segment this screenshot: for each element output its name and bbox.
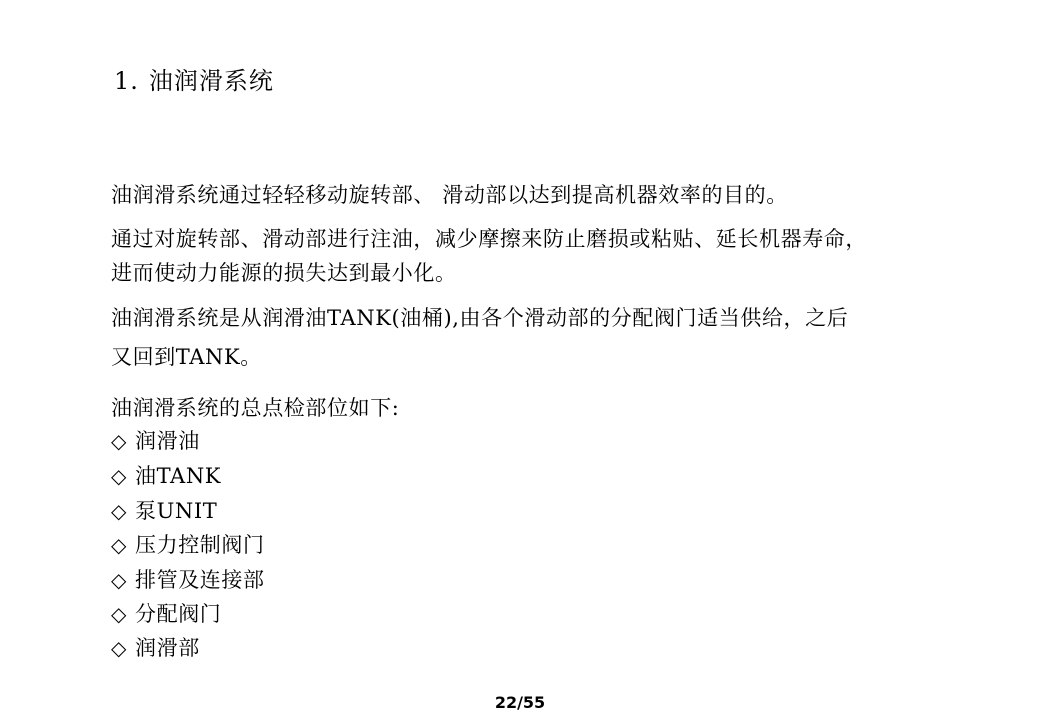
list-item-label: 润滑部	[135, 636, 200, 660]
paragraph-line: 油润滑系统是从润滑油TANK(油桶),由各个滑动部的分配阀门适当供给，之后	[111, 303, 848, 333]
list-item: ◇压力控制阀门	[111, 530, 265, 560]
diamond-bullet-icon: ◇	[111, 461, 135, 491]
diamond-bullet-icon: ◇	[111, 496, 135, 526]
list-item-label: 油TANK	[135, 464, 221, 488]
diamond-bullet-icon: ◇	[111, 633, 135, 663]
section-title: 1.油润滑系统	[114, 64, 274, 98]
list-item: ◇分配阀门	[111, 599, 221, 629]
diamond-bullet-icon: ◇	[111, 530, 135, 560]
section-title-text: 油润滑系统	[149, 67, 274, 95]
list-item: ◇油TANK	[111, 461, 221, 491]
diamond-bullet-icon: ◇	[111, 426, 135, 456]
document-page: 1.油润滑系统 油润滑系统通过轻轻移动旋转部、 滑动部以达到提高机器效率的目的。…	[0, 0, 1040, 720]
page-number: 22/55	[0, 692, 1040, 714]
paragraph-line: 又回到TANK。	[111, 342, 262, 372]
list-item: ◇排管及连接部	[111, 565, 265, 595]
paragraph-line: 油润滑系统通过轻轻移动旋转部、 滑动部以达到提高机器效率的目的。	[111, 180, 788, 210]
diamond-bullet-icon: ◇	[111, 565, 135, 595]
list-item-label: 分配阀门	[135, 602, 221, 626]
list-item-label: 排管及连接部	[135, 568, 265, 592]
list-item: ◇润滑油	[111, 426, 200, 456]
paragraph-line: 通过对旋转部、滑动部进行注油，减少摩擦来防止磨损或粘贴、延长机器寿命，	[111, 224, 867, 254]
list-item: ◇润滑部	[111, 633, 200, 663]
list-item-label: 压力控制阀门	[135, 533, 265, 557]
diamond-bullet-icon: ◇	[111, 599, 135, 629]
list-item-label: 泵UNIT	[135, 499, 217, 523]
list-item-label: 润滑油	[135, 429, 200, 453]
checklist-heading: 油润滑系统的总点检部位如下:	[111, 393, 399, 423]
paragraph-line: 进而使动力能源的损失达到最小化。	[111, 258, 457, 288]
list-item: ◇泵UNIT	[111, 496, 217, 526]
section-number: 1.	[114, 67, 139, 95]
